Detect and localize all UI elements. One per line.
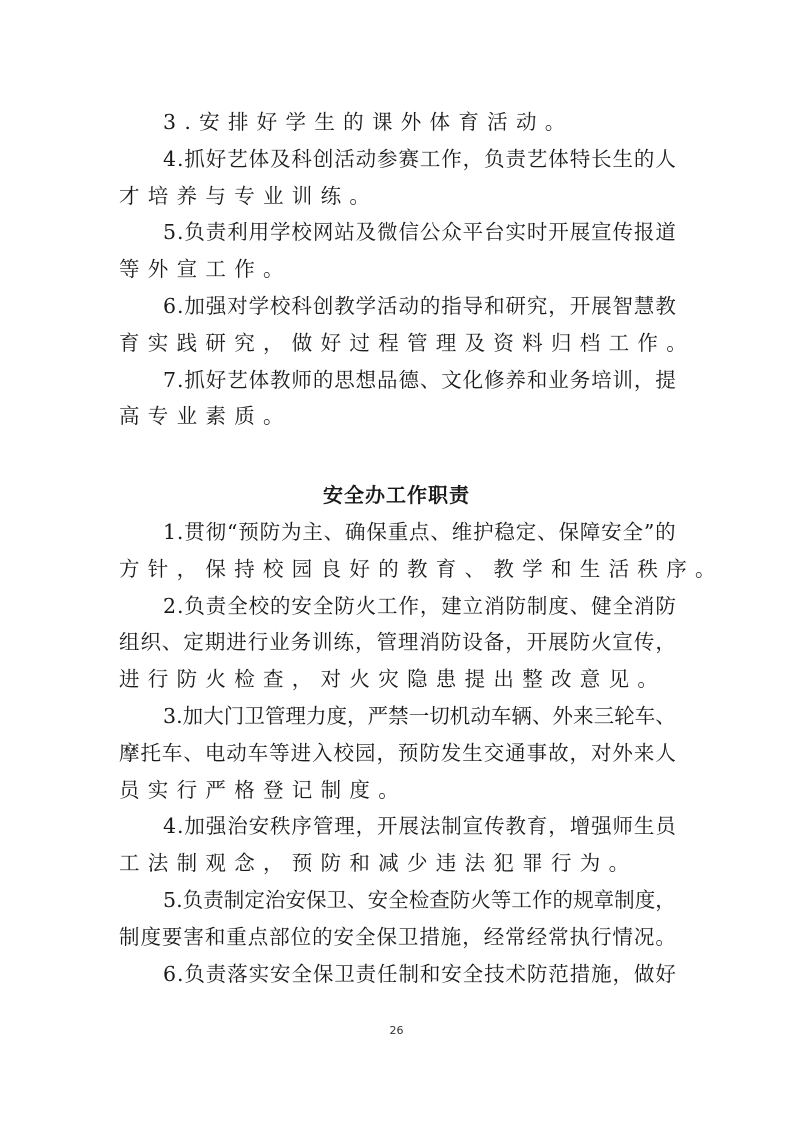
safety-item-3-line-2: 摩托车、电动车等进入校园，预防发生交通事故，对外来人 bbox=[119, 738, 676, 768]
item-4-line-1: 4.抓好艺体及科创活动参赛工作，负责艺体特长生的人 bbox=[163, 144, 676, 174]
safety-item-3-line-1: 3.加大门卫管理力度，严禁一切机动车辆、外来三轮车、 bbox=[163, 701, 676, 731]
item-4-line-2: 才培养与专业训练。 bbox=[119, 181, 676, 211]
item-6-line-2: 育实践研究，做好过程管理及资料归档工作。 bbox=[119, 328, 676, 358]
safety-item-4-line-1: 4.加强治安秩序管理，开展法制宣传教育，增强师生员 bbox=[163, 811, 676, 841]
page-number: 26 bbox=[0, 1024, 793, 1037]
safety-item-5-line-2: 制度要害和重点部位的安全保卫措施，经常经常执行情况。 bbox=[119, 922, 676, 952]
item-7-line-1: 7.抓好艺体教师的思想品德、文化修养和业务培训，提 bbox=[163, 365, 676, 395]
item-6-line-1: 6.加强对学校科创教学活动的指导和研究，开展智慧教 bbox=[163, 291, 676, 321]
safety-item-6-line-1: 6.负责落实安全保卫责任制和安全技术防范措施，做好 bbox=[163, 959, 676, 989]
section-heading: 安全办工作职责 bbox=[0, 480, 793, 510]
safety-item-2-line-1: 2.负责全校的安全防火工作，建立消防制度、健全消防 bbox=[163, 591, 676, 621]
document-page: 3.安排好学生的课外体育活动。 4.抓好艺体及科创活动参赛工作，负责艺体特长生的… bbox=[0, 0, 793, 1122]
safety-item-5-line-1: 5.负责制定治安保卫、安全检查防火等工作的规章制度， bbox=[163, 885, 676, 915]
item-7-line-2: 高专业素质。 bbox=[119, 401, 676, 431]
safety-item-1-line-2: 方针，保持校园良好的教育、教学和生活秩序。 bbox=[119, 554, 676, 584]
item-5-line-1: 5.负责利用学校网站及微信公众平台实时开展宣传报道 bbox=[163, 217, 676, 247]
item-3-line-1: 3.安排好学生的课外体育活动。 bbox=[163, 107, 676, 137]
safety-item-4-line-2: 工法制观念，预防和减少违法犯罪行为。 bbox=[119, 848, 676, 878]
safety-item-2-line-3: 进行防火检查，对火灾隐患提出整改意见。 bbox=[119, 664, 676, 694]
safety-item-1-line-1: 1.贯彻“预防为主、确保重点、维护稳定、保障安全”的 bbox=[163, 517, 676, 547]
safety-item-2-line-2: 组织、定期进行业务训练，管理消防设备，开展防火宣传， bbox=[119, 627, 676, 657]
safety-item-3-line-3: 员实行严格登记制度。 bbox=[119, 775, 676, 805]
item-5-line-2: 等外宣工作。 bbox=[119, 254, 676, 284]
